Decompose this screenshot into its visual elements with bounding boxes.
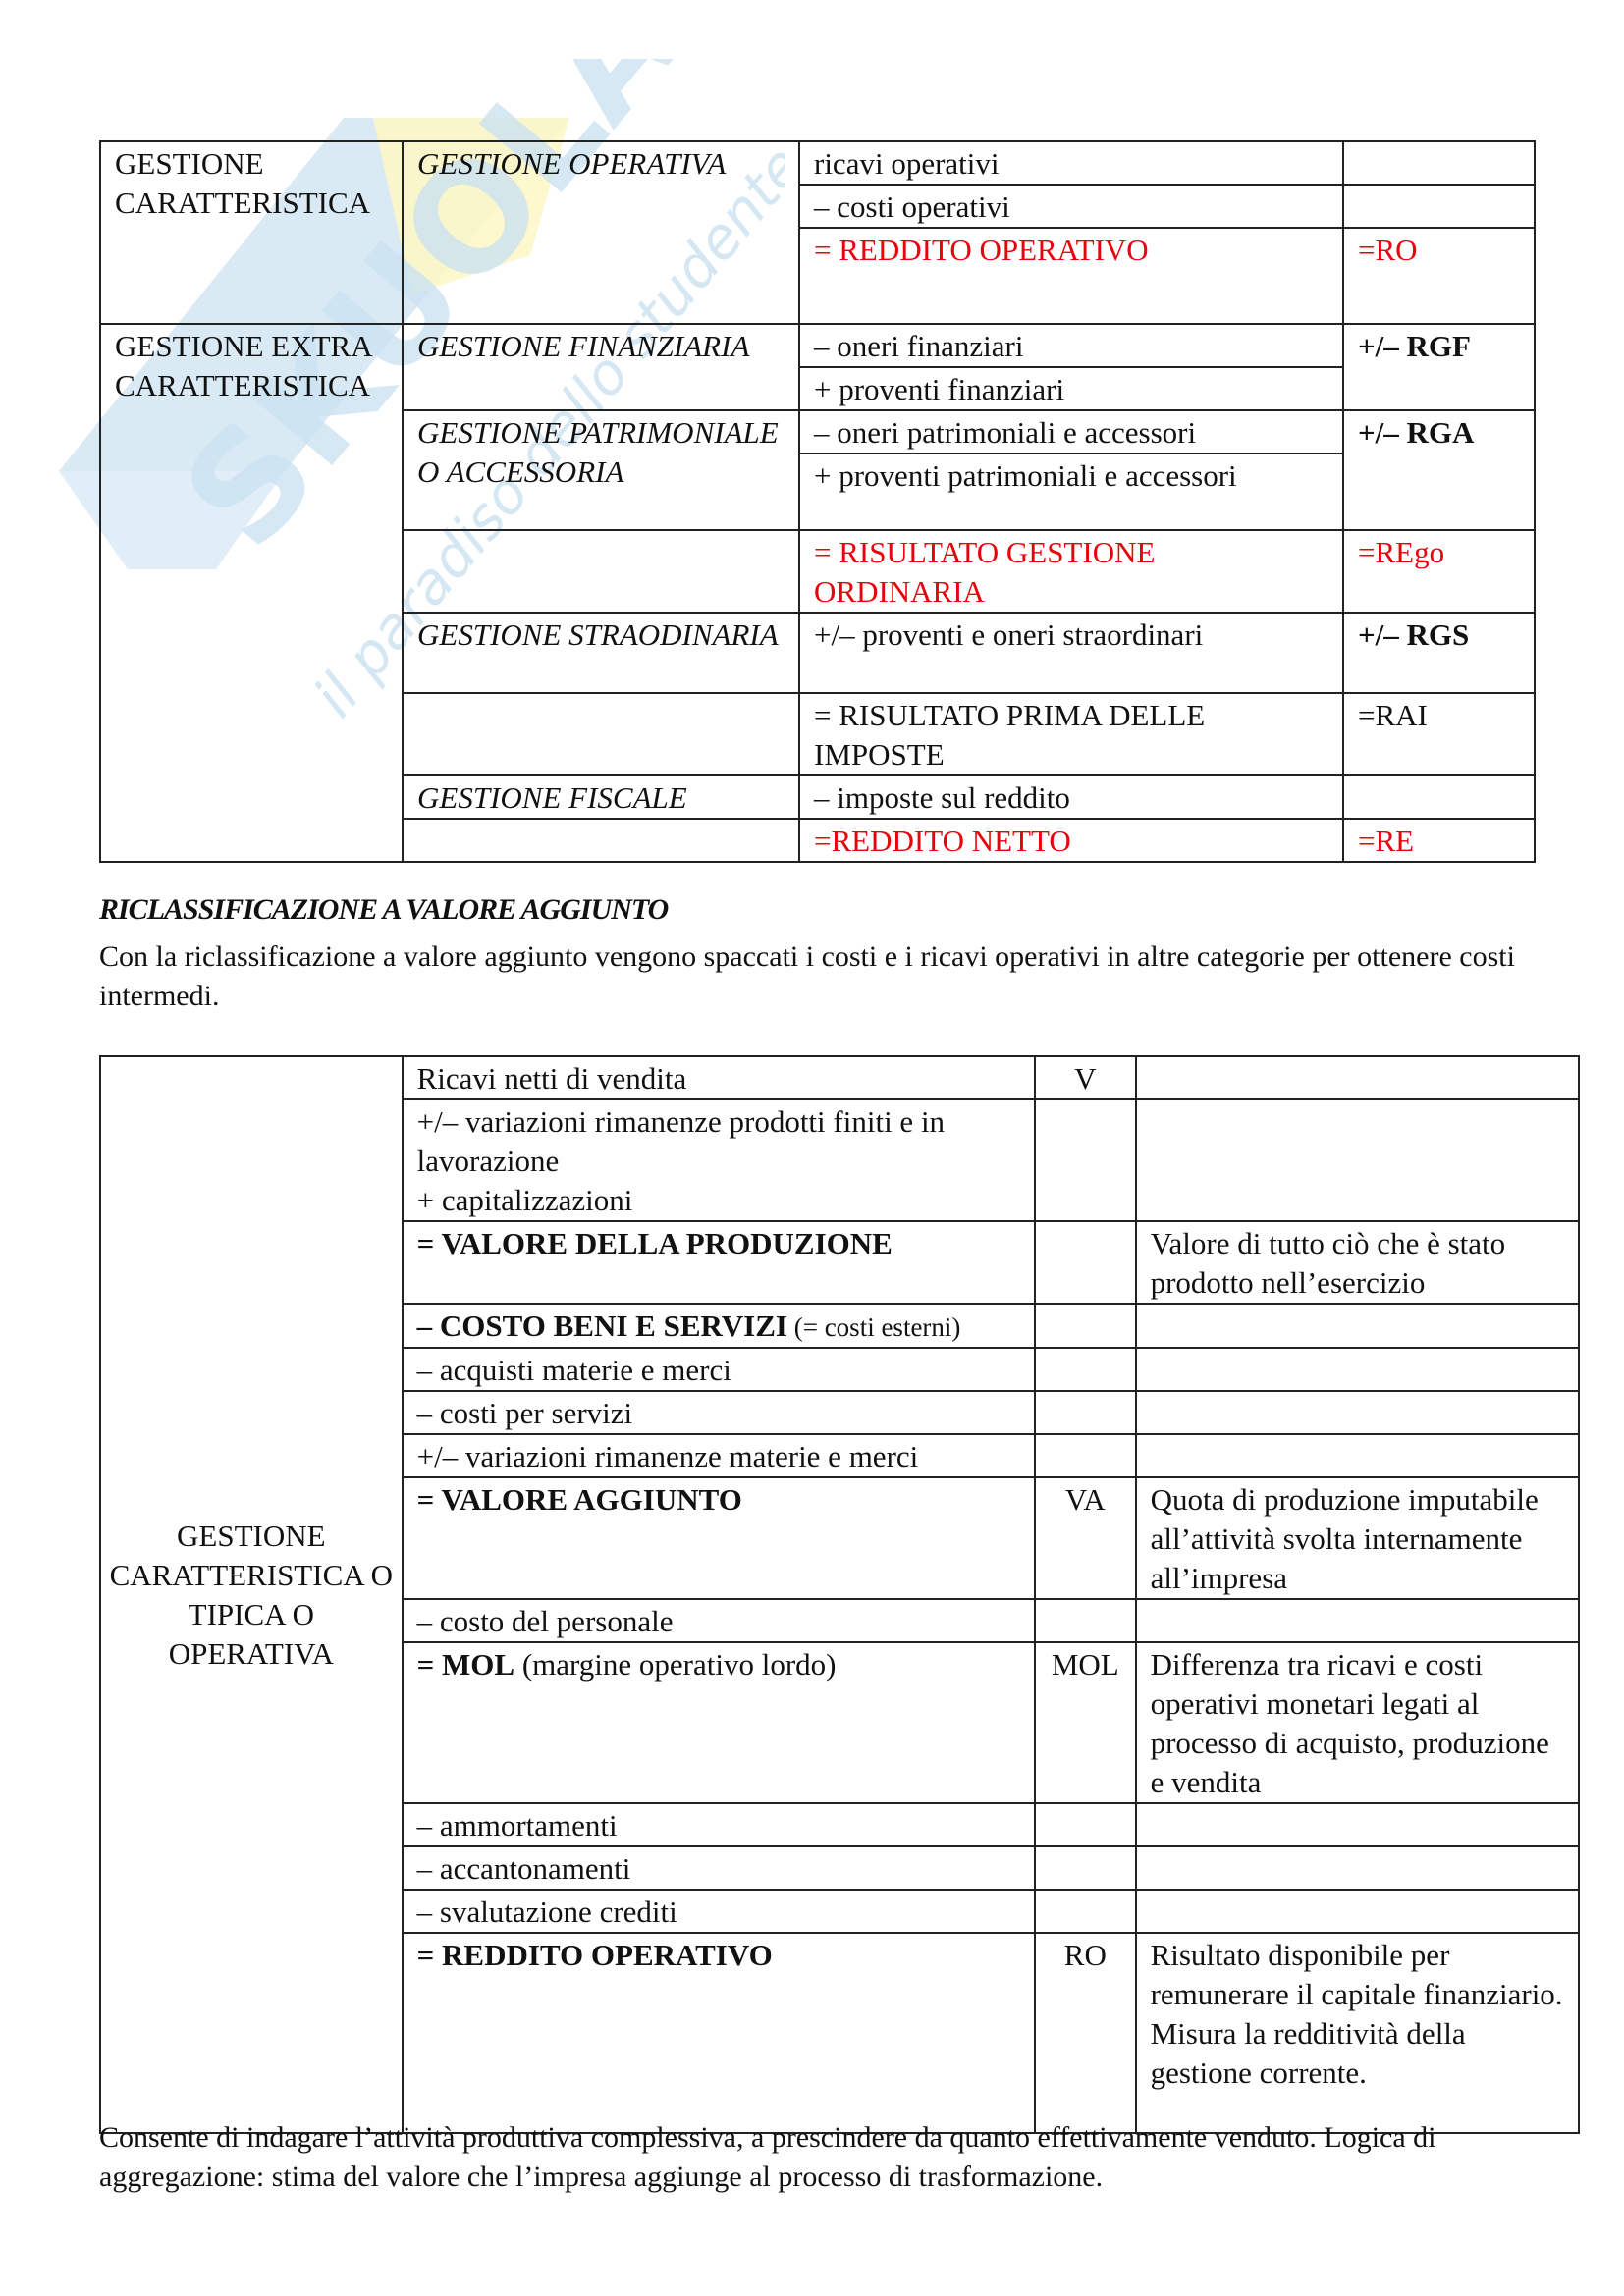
item-cell: – svalutazione crediti bbox=[403, 1890, 1035, 1933]
item-cell: – imposte sul reddito bbox=[799, 775, 1343, 819]
item-suffix: (margine operativo lordo) bbox=[514, 1647, 836, 1682]
item-cell: +/– proventi e oneri straordinari bbox=[799, 613, 1343, 693]
symbol-cell: MOL bbox=[1035, 1642, 1136, 1803]
item-cell: ricavi operativi bbox=[799, 141, 1343, 185]
sub-area-cell: GESTIONE FISCALE bbox=[403, 775, 799, 819]
item-cell: – oneri finanziari bbox=[799, 324, 1343, 367]
symbol-cell bbox=[1035, 1221, 1136, 1304]
table-row: GESTIONE CARATTERISTICA GESTIONE OPERATI… bbox=[100, 141, 1535, 185]
sub-area-cell bbox=[403, 819, 799, 862]
desc-cell: Valore di tutto ciò che è stato prodotto… bbox=[1136, 1221, 1579, 1304]
symbol-cell bbox=[1035, 1890, 1136, 1933]
sub-area-cell bbox=[403, 693, 799, 775]
desc-cell: Quota di produzione imputabile all’attiv… bbox=[1136, 1477, 1579, 1599]
result-cell: +/– RGF bbox=[1343, 324, 1535, 410]
sub-area-cell bbox=[403, 530, 799, 613]
income-statement-table: GESTIONE CARATTERISTICA GESTIONE OPERATI… bbox=[99, 140, 1536, 863]
result-cell: =RAI bbox=[1343, 693, 1535, 775]
item-suffix: (= costi esterni) bbox=[787, 1312, 960, 1342]
item-cell: Ricavi netti di vendita bbox=[403, 1056, 1035, 1099]
item-cell: = RISULTATO PRIMA DELLE IMPOSTE bbox=[799, 693, 1343, 775]
item-cell: – acquisti materie e merci bbox=[403, 1348, 1035, 1391]
item-cell: = MOL (margine operativo lordo) bbox=[403, 1642, 1035, 1803]
desc-cell bbox=[1136, 1056, 1579, 1099]
item-bold: = VALORE DELLA PRODUZIONE bbox=[417, 1226, 893, 1260]
symbol-cell: VA bbox=[1035, 1477, 1136, 1599]
result-cell bbox=[1343, 185, 1535, 228]
item-cell: = REDDITO OPERATIVO bbox=[799, 228, 1343, 324]
symbol-cell bbox=[1035, 1803, 1136, 1846]
desc-cell bbox=[1136, 1599, 1579, 1642]
symbol-cell bbox=[1035, 1434, 1136, 1477]
item-cell: + proventi finanziari bbox=[799, 367, 1343, 410]
result-cell bbox=[1343, 775, 1535, 819]
item-cell: +/– variazioni rimanenze materie e merci bbox=[403, 1434, 1035, 1477]
symbol-cell: V bbox=[1035, 1056, 1136, 1099]
desc-cell bbox=[1136, 1099, 1579, 1221]
item-cell: =REDDITO NETTO bbox=[799, 819, 1343, 862]
result-cell: =REgo bbox=[1343, 530, 1535, 613]
symbol-cell bbox=[1035, 1099, 1136, 1221]
result-cell bbox=[1343, 141, 1535, 185]
desc-cell bbox=[1136, 1434, 1579, 1477]
symbol-cell: RO bbox=[1035, 1933, 1136, 2133]
section-outro: Consente di indagare l’attività produtti… bbox=[99, 2118, 1552, 2197]
desc-cell bbox=[1136, 1348, 1579, 1391]
area-cell: GESTIONE CARATTERISTICA O TIPICA O OPERA… bbox=[100, 1056, 403, 2133]
symbol-cell bbox=[1035, 1391, 1136, 1434]
sub-area-cell: GESTIONE FINANZIARIA bbox=[403, 324, 799, 410]
desc-cell bbox=[1136, 1846, 1579, 1890]
value-added-table: GESTIONE CARATTERISTICA O TIPICA O OPERA… bbox=[99, 1055, 1580, 2134]
symbol-cell bbox=[1035, 1599, 1136, 1642]
result-cell: =RO bbox=[1343, 228, 1535, 324]
item-cell: +/– variazioni rimanenze prodotti finiti… bbox=[403, 1099, 1035, 1221]
symbol-cell bbox=[1035, 1348, 1136, 1391]
result-cell: +/– RGS bbox=[1343, 613, 1535, 693]
section-intro: Con la riclassificazione a valore aggiun… bbox=[99, 937, 1552, 1016]
item-cell: – costi operativi bbox=[799, 185, 1343, 228]
section-title: RICLASSIFICAZIONE A VALORE AGGIUNTO bbox=[99, 893, 668, 927]
desc-cell: Differenza tra ricavi e costi operativi … bbox=[1136, 1642, 1579, 1803]
item-cell: – costo del personale bbox=[403, 1599, 1035, 1642]
item-line: +/– variazioni rimanenze prodotti finiti… bbox=[417, 1102, 1020, 1181]
item-bold: – COSTO BENI E SERVIZI bbox=[417, 1308, 787, 1343]
item-bold: = MOL bbox=[417, 1647, 514, 1682]
item-bold: = VALORE AGGIUNTO bbox=[417, 1482, 742, 1517]
result-cell: +/– RGA bbox=[1343, 410, 1535, 530]
item-cell: – ammortamenti bbox=[403, 1803, 1035, 1846]
symbol-cell bbox=[1035, 1304, 1136, 1348]
area-cell: GESTIONE CARATTERISTICA bbox=[100, 141, 403, 324]
table-row: GESTIONE CARATTERISTICA O TIPICA O OPERA… bbox=[100, 1056, 1579, 1099]
item-cell: – COSTO BENI E SERVIZI (= costi esterni) bbox=[403, 1304, 1035, 1348]
item-cell: = RISULTATO GESTIONE ORDINARIA bbox=[799, 530, 1343, 613]
item-cell: – costi per servizi bbox=[403, 1391, 1035, 1434]
item-cell: – oneri patrimoniali e accessori bbox=[799, 410, 1343, 454]
sub-area-cell: GESTIONE OPERATIVA bbox=[403, 141, 799, 324]
item-cell: = VALORE AGGIUNTO bbox=[403, 1477, 1035, 1599]
result-cell: =RE bbox=[1343, 819, 1535, 862]
desc-cell bbox=[1136, 1304, 1579, 1348]
item-cell: – accantonamenti bbox=[403, 1846, 1035, 1890]
item-cell: = VALORE DELLA PRODUZIONE bbox=[403, 1221, 1035, 1304]
symbol-cell bbox=[1035, 1846, 1136, 1890]
desc-cell bbox=[1136, 1391, 1579, 1434]
desc-cell bbox=[1136, 1803, 1579, 1846]
item-cell: = REDDITO OPERATIVO bbox=[403, 1933, 1035, 2133]
item-bold: = REDDITO OPERATIVO bbox=[417, 1938, 773, 1972]
item-cell: + proventi patrimoniali e accessori bbox=[799, 454, 1343, 530]
item-line: + capitalizzazioni bbox=[417, 1181, 1020, 1220]
sub-area-cell: GESTIONE PATRIMONIALE O ACCESSORIA bbox=[403, 410, 799, 530]
area-cell: GESTIONE EXTRA CARATTERISTICA bbox=[100, 324, 403, 862]
sub-area-cell: GESTIONE STRAODINARIA bbox=[403, 613, 799, 693]
table-row: GESTIONE EXTRA CARATTERISTICA GESTIONE F… bbox=[100, 324, 1535, 367]
desc-cell bbox=[1136, 1890, 1579, 1933]
desc-cell: Risultato disponibile per remunerare il … bbox=[1136, 1933, 1579, 2133]
